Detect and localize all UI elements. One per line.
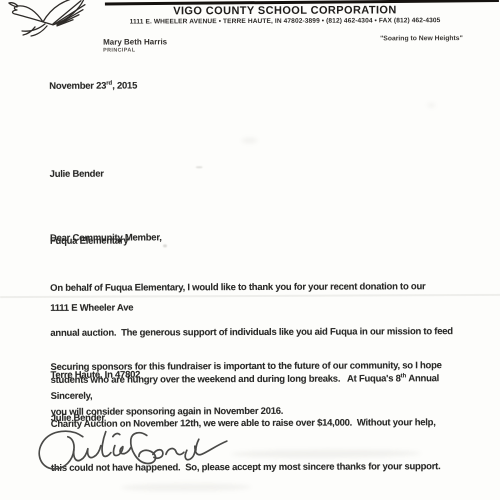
salutation: Dear Community Member, xyxy=(50,232,162,243)
letter-date: November 23rd, 2015 xyxy=(49,80,137,91)
letter-content: VIGO COUNTY SCHOOL CORPORATION 1111 E. W… xyxy=(0,0,500,500)
valediction: Sincerely, xyxy=(51,391,93,402)
organization-address: 1111 E. WHEELER AVENUE • TERRE HAUTE, IN… xyxy=(87,17,483,26)
sender-typed-name: Julie Bender xyxy=(51,413,105,424)
principal-name: Mary Beth Harris xyxy=(103,37,167,46)
scanned-letter-page: VIGO COUNTY SCHOOL CORPORATION 1111 E. W… xyxy=(0,0,500,500)
date-text: November 23 xyxy=(49,81,106,92)
recipient-name: Julie Bender xyxy=(50,163,140,186)
scan-speck xyxy=(163,244,167,247)
organization-name: VIGO COUNTY SCHOOL CORPORATION xyxy=(99,4,471,18)
scan-smudge xyxy=(427,103,435,107)
scan-smudge xyxy=(242,138,258,143)
principal-title: PRINCIPAL xyxy=(103,47,135,53)
handwritten-signature xyxy=(27,423,232,486)
paragraph-line: Securing sponsors for this fundraiser is… xyxy=(50,360,441,376)
scan-speck xyxy=(196,166,203,168)
date-year: , 2015 xyxy=(112,80,137,91)
paragraph-line: you will consider sponsoring again in No… xyxy=(51,404,442,420)
school-motto: "Soaring to New Heights" xyxy=(380,35,463,42)
